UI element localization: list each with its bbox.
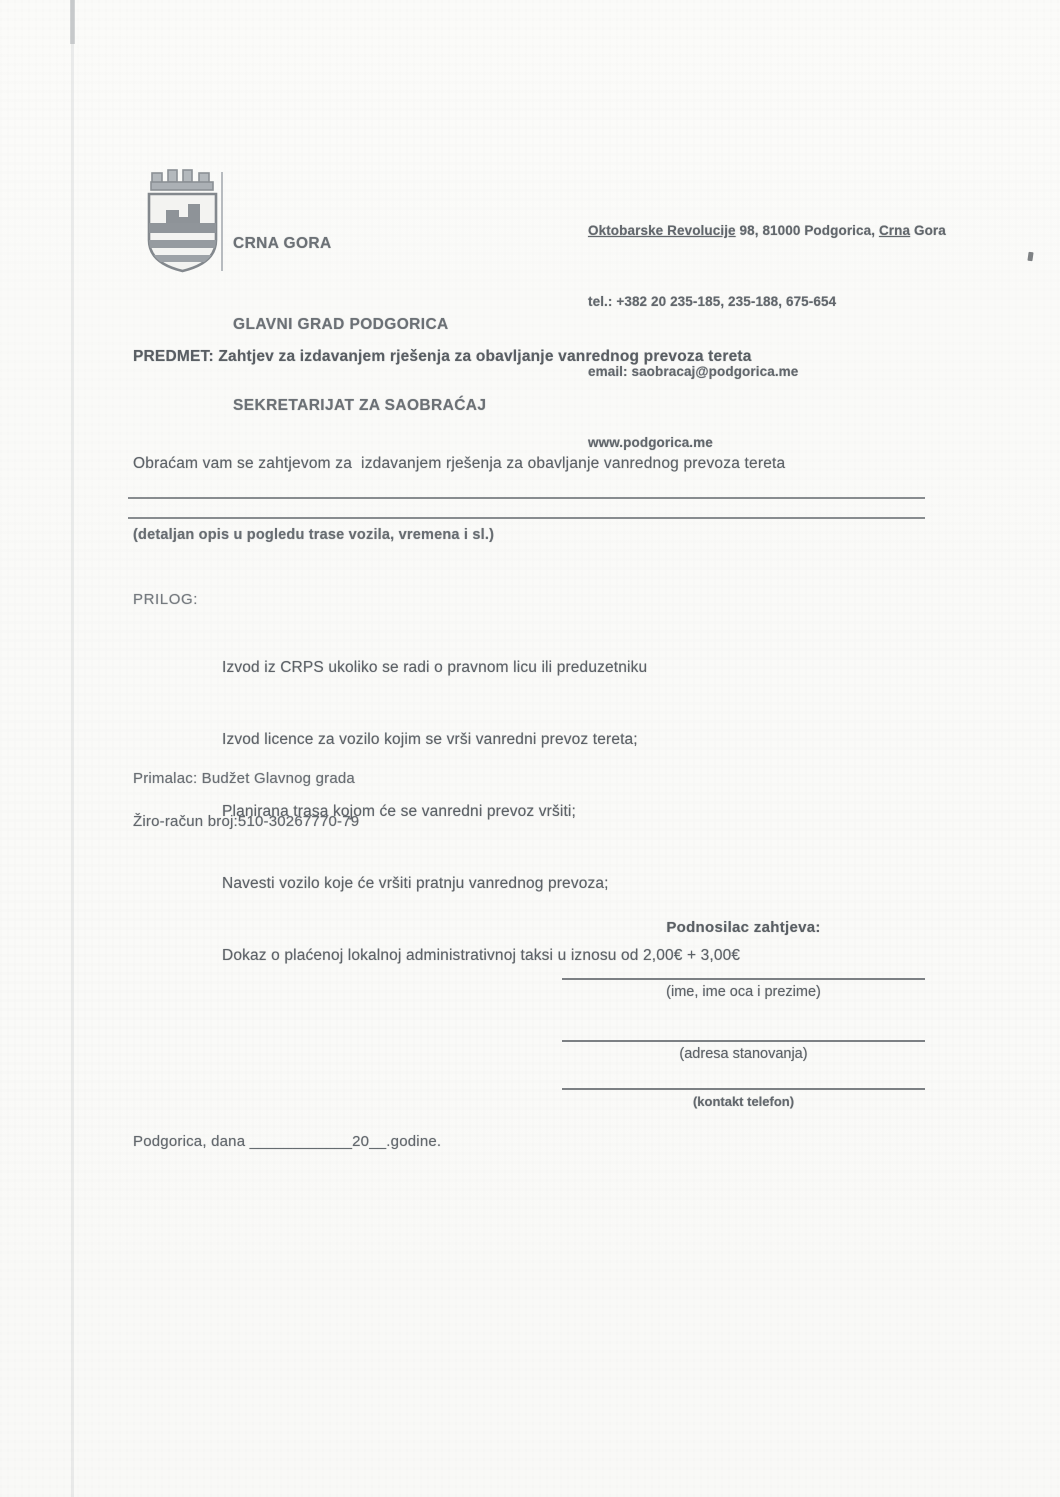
payment-account: Žiro-račun broj:510-30267770-79 xyxy=(133,813,359,830)
payment-recipient: Primalac: Budžet Glavnog grada xyxy=(133,770,355,787)
signature-title: Podnosilac zahtjeva: xyxy=(562,919,925,936)
attachment-item: Izvod licence za vozilo kojim se vrši va… xyxy=(222,728,740,752)
signature-label-name: (ime, ime oca i prezime) xyxy=(562,984,925,1000)
description-fill-line-2 xyxy=(128,517,925,519)
attachment-item: Dokaz o plaćenoj lokalnoj administrativn… xyxy=(222,944,740,968)
subject-line: PREDMET: Zahtjev za izdavanjem rješenja … xyxy=(133,348,752,366)
description-fill-line-1 xyxy=(128,497,925,499)
header-separator xyxy=(221,172,223,271)
date-line: Podgorica, dana ____________20__.godine. xyxy=(133,1133,441,1150)
attachment-item: Izvod iz CRPS ukoliko se radi o pravnom … xyxy=(222,656,740,680)
org-department: SEKRETARIJAT ZA SAOBRAĆAJ xyxy=(233,392,486,419)
attachment-item: Navesti vozilo koje će vršiti pratnju va… xyxy=(222,872,740,896)
attachments-label: PRILOG: xyxy=(133,591,198,608)
scanned-document-page: CRNA GORA GLAVNI GRAD PODGORICA SEKRETAR… xyxy=(0,0,1060,1497)
podgorica-coat-of-arms-icon xyxy=(139,167,226,276)
signature-line-phone xyxy=(562,1088,925,1090)
signature-line-address xyxy=(562,1040,925,1042)
attachments-list: Izvod iz CRPS ukoliko se radi o pravnom … xyxy=(222,608,740,1016)
contact-website: www.podgorica.me xyxy=(588,431,946,455)
description-hint: (detaljan opis u pogledu trase vozila, v… xyxy=(133,527,494,543)
org-block: CRNA GORA GLAVNI GRAD PODGORICA SEKRETAR… xyxy=(233,176,486,473)
address-country: Crna xyxy=(879,223,910,238)
signature-label-phone: (kontakt telefon) xyxy=(562,1094,925,1109)
contact-phone: tel.: +382 20 235-185, 235-188, 675-654 xyxy=(588,290,946,314)
contact-address: Oktobarske Revolucije 98, 81000 Podgoric… xyxy=(588,219,946,243)
subject-text: Zahtjev za izdavanjem rješenja za obavlj… xyxy=(214,348,752,365)
signature-label-address: (adresa stanovanja) xyxy=(562,1046,925,1062)
request-line: Obraćam vam se zahtjevom za izdavanjem r… xyxy=(133,455,785,473)
org-country: CRNA GORA xyxy=(233,230,486,257)
address-street: Oktobarske Revolucije xyxy=(588,223,736,238)
signature-line-name xyxy=(562,978,925,980)
org-city: GLAVNI GRAD PODGORICA xyxy=(233,311,486,338)
subject-label: PREDMET: xyxy=(133,348,214,365)
document-content: CRNA GORA GLAVNI GRAD PODGORICA SEKRETAR… xyxy=(0,0,1060,1497)
contact-block: Oktobarske Revolucije 98, 81000 Podgoric… xyxy=(588,172,946,501)
